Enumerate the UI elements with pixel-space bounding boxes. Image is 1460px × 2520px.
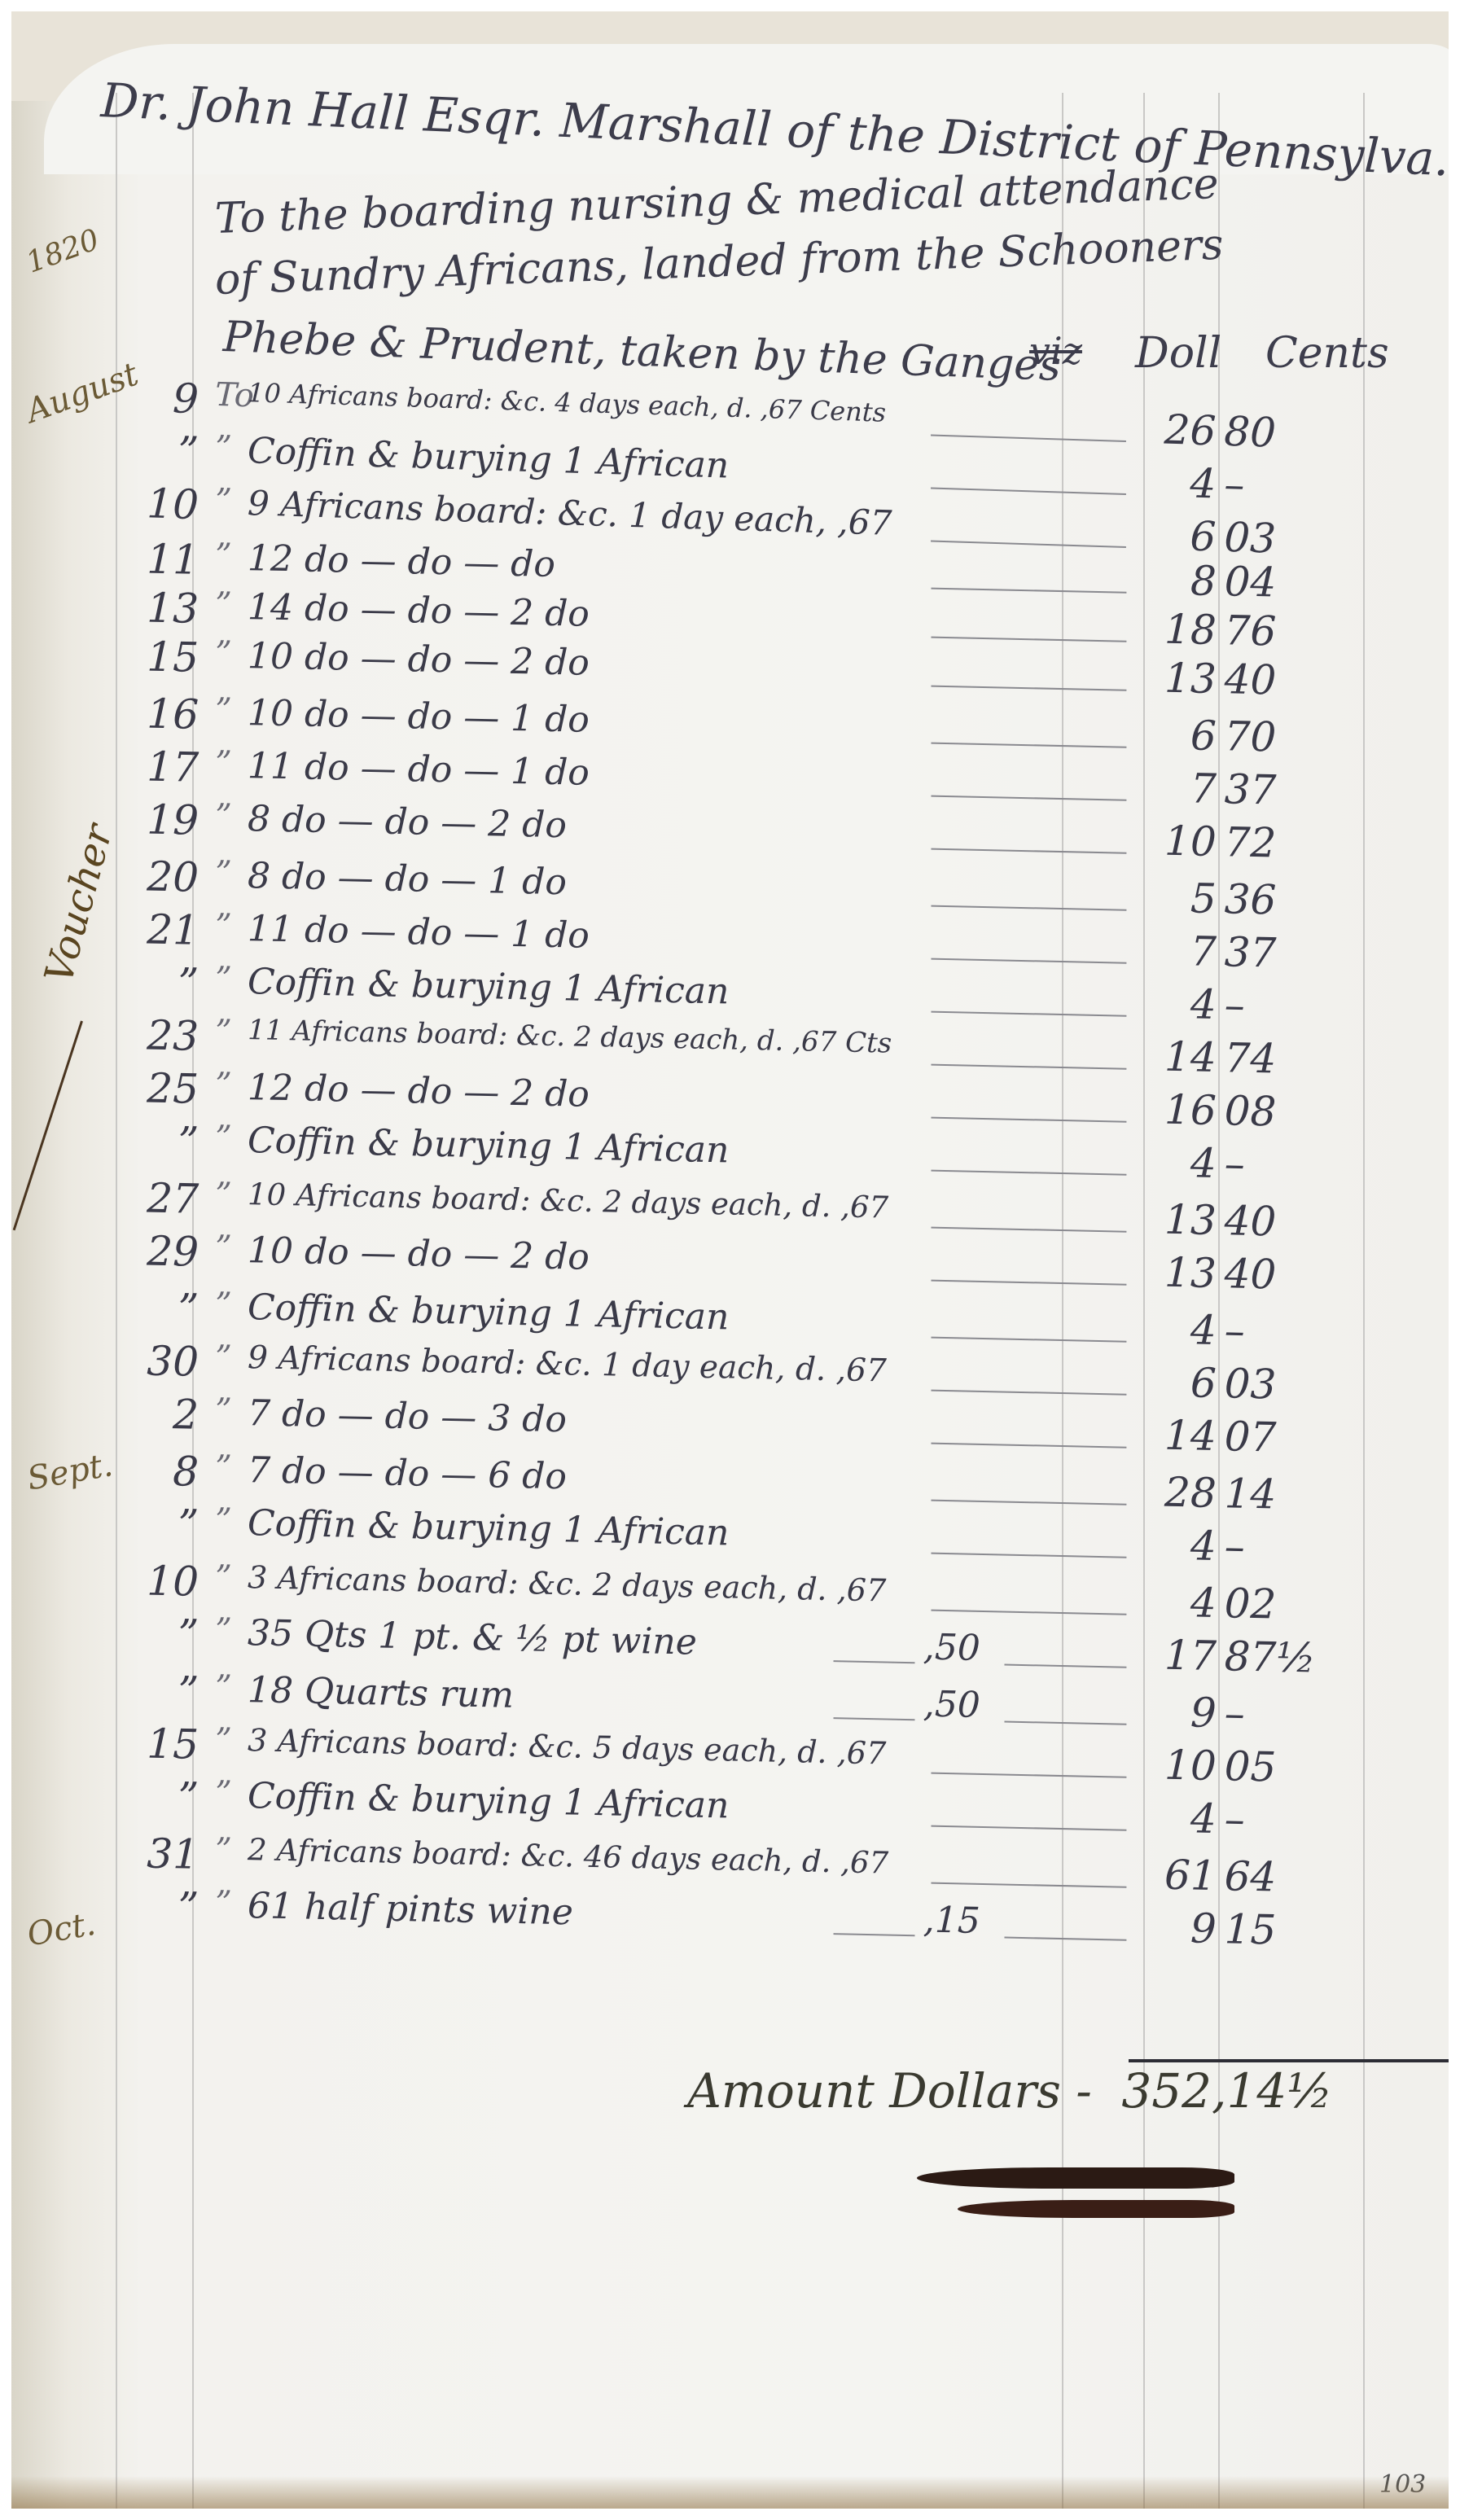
entry-dollars: 13 <box>1142 1195 1217 1244</box>
entry-cents: 14 <box>1224 1470 1314 1519</box>
entry-dollars: 28 <box>1142 1468 1217 1517</box>
entry-leader-line <box>931 1064 1126 1070</box>
entry-leader-line <box>931 1280 1126 1286</box>
entry-description: 14 do — do — 2 do <box>248 586 590 635</box>
entry-description: 10 Africans board: &c. 2 days each, d. ,… <box>248 1177 889 1225</box>
entry-description: 2 Africans board: &c. 46 days each, d. ,… <box>248 1832 889 1880</box>
entry-cents: 40 <box>1224 1250 1314 1299</box>
entry-cents: 74 <box>1224 1034 1314 1083</box>
entry-ditto-mark: ” <box>215 1229 232 1266</box>
entry-description: 18 Quarts rum <box>248 1669 515 1716</box>
entry-date: 29 <box>133 1227 199 1276</box>
entry-cents: 87½ <box>1224 1633 1314 1681</box>
entry-leader-line <box>931 1825 1126 1831</box>
entry-leader-line <box>931 637 1126 642</box>
entry-ditto-mark: ” <box>215 1339 232 1376</box>
entry-date: ” <box>133 1284 199 1333</box>
entry-description: 7 do — do — 3 do <box>248 1392 568 1440</box>
entry-description: 10 do — do — 1 do <box>248 692 590 741</box>
entry-description: Coffin & burying 1 African <box>248 1286 730 1338</box>
entry-cents: 40 <box>1224 655 1314 704</box>
entry-dollars: 10 <box>1142 817 1217 866</box>
entry-dollars: 4 <box>1142 980 1217 1028</box>
entry-dollars: 4 <box>1142 1794 1217 1843</box>
entry-dollars: 4 <box>1142 1578 1217 1627</box>
ledger-page: Dr. John Hall Esqr. Marshall of the Dist… <box>11 11 1449 2509</box>
entry-date: 27 <box>133 1174 199 1223</box>
entry-date: 9 <box>133 374 199 423</box>
entry-dollars: 17 <box>1142 1631 1217 1680</box>
entry-date: 30 <box>133 1337 199 1386</box>
entry-ditto-mark: ” <box>214 429 232 467</box>
entry-ditto-mark: ” <box>215 1286 232 1323</box>
entry-cents: – <box>1224 981 1314 1030</box>
entry-dollars: 10 <box>1142 1741 1217 1790</box>
entry-description: 12 do — do — do <box>248 537 556 585</box>
entry-cents: 37 <box>1224 928 1314 977</box>
entry-leader-line <box>833 1933 914 1936</box>
entry-leader-line <box>931 1170 1126 1176</box>
entry-ditto-mark: ” <box>215 907 232 944</box>
entry-leader-line <box>931 1500 1126 1505</box>
entry-cents: – <box>1224 1140 1314 1189</box>
entry-leader-line <box>931 848 1126 854</box>
entry-dollars: 13 <box>1142 1248 1217 1297</box>
entry-description: 8 do — do — 2 do <box>248 798 568 846</box>
entry-date: ” <box>133 1500 199 1549</box>
entry-cents: 70 <box>1224 712 1314 761</box>
entry-ditto-mark: ” <box>215 1721 232 1759</box>
entry-ditto-mark: ” <box>215 744 232 782</box>
entry-description: 7 do — do — 6 do <box>248 1449 568 1497</box>
entry-dollars: 9 <box>1142 1688 1217 1737</box>
entry-cents: 37 <box>1224 765 1314 814</box>
entry-leader-line <box>931 1011 1126 1017</box>
entry-cents: – <box>1224 1523 1314 1571</box>
entry-description: 3 Africans board: &c. 2 days each, d. ,6… <box>248 1559 887 1608</box>
entry-date: ” <box>133 1610 199 1659</box>
entry-cents: 80 <box>1223 408 1314 458</box>
entry-leader-line <box>931 795 1126 801</box>
entry-cents: 15 <box>1224 1905 1314 1954</box>
margin-year-label: 1820 <box>22 223 103 280</box>
entry-date: 8 <box>133 1447 199 1496</box>
entry-cents: 08 <box>1224 1087 1314 1136</box>
entry-ditto-mark: ” <box>215 1558 232 1596</box>
entry-ditto-mark: ” <box>215 960 232 997</box>
entry-leader-line <box>1004 1937 1126 1941</box>
entry-rate: ,15 <box>923 1899 980 1941</box>
entry-dollars: 13 <box>1142 654 1217 703</box>
entry-dollars: 7 <box>1142 764 1217 813</box>
entry-cents: 64 <box>1224 1852 1314 1901</box>
entry-ditto-mark: ” <box>215 1668 232 1706</box>
entry-ditto-mark: ” <box>215 537 232 574</box>
entry-date: ” <box>133 427 199 476</box>
entry-dollars: 9 <box>1142 1904 1217 1952</box>
page-bottom-edge <box>11 2476 1449 2509</box>
entry-dollars: 18 <box>1142 605 1217 654</box>
entry-leader-line <box>931 1337 1126 1343</box>
entry-description: 12 do — do — 2 do <box>248 1067 590 1115</box>
entry-leader-line <box>931 487 1126 495</box>
entry-date: 10 <box>133 1557 199 1606</box>
entry-dollars: 14 <box>1142 1032 1217 1081</box>
entry-ditto-mark: ” <box>215 585 232 623</box>
entry-leader-line <box>931 1443 1126 1448</box>
entry-ditto-mark: ” <box>215 1176 232 1213</box>
entry-cents: 07 <box>1224 1413 1314 1462</box>
entry-leader-line <box>931 1553 1126 1558</box>
entry-ditto-mark: ” <box>215 1611 232 1649</box>
entry-dollars: 6 <box>1142 711 1217 760</box>
entry-leader-line <box>931 743 1126 748</box>
closing-ink-stroke <box>958 2200 1234 2218</box>
entry-ditto-mark: ” <box>215 1501 232 1539</box>
entry-date: 13 <box>133 584 199 633</box>
entry-dollars: 26 <box>1142 405 1217 455</box>
column-header-dollars: Doll <box>1135 329 1221 378</box>
entry-ditto-mark: ” <box>215 1119 232 1156</box>
entry-dollars: 14 <box>1142 1411 1217 1460</box>
entry-dollars: 7 <box>1142 927 1217 975</box>
entry-ditto-mark: ” <box>215 1066 232 1103</box>
entry-date: 23 <box>133 1011 199 1060</box>
entry-leader-line <box>931 905 1126 911</box>
entry-cents: 36 <box>1224 875 1314 924</box>
entry-leader-line <box>833 1660 914 1663</box>
entry-dollars: 61 <box>1142 1851 1217 1900</box>
entry-date: 15 <box>133 633 199 681</box>
entry-ditto-mark: ” <box>215 1774 232 1812</box>
entry-ditto-mark: ” <box>215 797 232 835</box>
entry-cents: 03 <box>1224 1360 1314 1409</box>
entry-cents: 72 <box>1224 818 1314 867</box>
total-rule <box>1129 2059 1449 2062</box>
entry-date: 2 <box>133 1390 199 1439</box>
entry-dollars: 4 <box>1142 1305 1217 1354</box>
entry-date: 15 <box>133 1720 199 1768</box>
entry-dollars: 16 <box>1142 1085 1217 1134</box>
entry-description: 11 do — do — 1 do <box>248 908 590 957</box>
entry-dollars: 6 <box>1142 511 1217 561</box>
entry-ditto-mark: ” <box>215 1831 232 1869</box>
column-header-cents: Cents <box>1265 329 1389 378</box>
entry-rate: ,50 <box>923 1683 980 1725</box>
entry-dollars: 4 <box>1142 458 1217 508</box>
entry-cents: – <box>1223 461 1314 511</box>
entry-dollars: 4 <box>1142 1521 1217 1570</box>
entry-cents: 04 <box>1224 558 1314 607</box>
header-line-4: Phebe & Prudent, taken by the Ganges <box>222 313 1062 391</box>
entry-date: 20 <box>133 852 199 901</box>
entry-leader-line <box>1004 1664 1126 1668</box>
entry-leader-line <box>931 540 1126 548</box>
entry-ditto-mark: ” <box>215 854 232 892</box>
entry-dollars: 4 <box>1142 1138 1217 1187</box>
entry-description: 10 do — do — 2 do <box>248 635 590 684</box>
entry-rate: ,50 <box>923 1626 980 1668</box>
entry-description: 35 Qts 1 pt. & ½ pt wine <box>248 1612 698 1663</box>
entry-date: 31 <box>133 1830 199 1878</box>
entry-ditto-mark: ” <box>215 634 232 672</box>
entry-cents: 76 <box>1224 607 1314 655</box>
entry-leader-line <box>1004 1721 1126 1725</box>
entry-cents: 05 <box>1224 1742 1314 1791</box>
entry-leader-line <box>931 1117 1126 1123</box>
entry-description: 8 do — do — 1 do <box>248 855 568 903</box>
entry-date: ” <box>133 1667 199 1716</box>
entry-date: 16 <box>133 690 199 738</box>
entry-leader-line <box>931 1610 1126 1615</box>
closing-ink-stroke <box>917 2167 1234 2189</box>
total-label: Amount Dollars - <box>687 2063 1092 2119</box>
entry-leader-line <box>931 686 1126 691</box>
entry-cents: 02 <box>1224 1580 1314 1628</box>
entry-date: 25 <box>133 1064 199 1113</box>
entry-ditto-mark: ” <box>215 1391 232 1429</box>
total-line: Amount Dollars - 352,14½ <box>687 2063 1333 2119</box>
entry-cents: 40 <box>1224 1197 1314 1246</box>
entry-date: ” <box>133 958 199 1007</box>
entry-dollars: 5 <box>1142 874 1217 923</box>
entry-leader-line <box>931 1390 1126 1396</box>
entry-description: 10 do — do — 2 do <box>248 1229 590 1278</box>
entry-ditto-mark: ” <box>215 1013 232 1050</box>
entry-date: ” <box>133 1773 199 1821</box>
entry-date: 21 <box>133 905 199 954</box>
entry-date: ” <box>133 1882 199 1931</box>
entry-date: 17 <box>133 743 199 791</box>
entry-ditto-mark: ” <box>215 1448 232 1486</box>
entry-cents: – <box>1224 1795 1314 1844</box>
entry-leader-line <box>931 1227 1126 1233</box>
entry-leader-line <box>833 1717 914 1720</box>
entry-cents: – <box>1224 1689 1314 1738</box>
entry-description: 61 half pints wine <box>248 1885 574 1933</box>
entry-leader-line <box>931 434 1126 442</box>
entry-leader-line <box>931 958 1126 964</box>
entry-leader-line <box>931 588 1126 594</box>
entry-leader-line <box>931 1882 1126 1888</box>
entry-date: ” <box>133 1117 199 1166</box>
total-value: 352,14½ <box>1121 2063 1332 2119</box>
entry-cents: 03 <box>1223 514 1314 563</box>
entry-description: 11 do — do — 1 do <box>248 745 590 794</box>
entry-date: 10 <box>133 480 199 528</box>
entry-date: 19 <box>133 795 199 844</box>
entry-ditto-mark: ” <box>215 691 232 729</box>
entry-description: 10 Africans board: &c. 4 days each, d. ,… <box>248 377 887 428</box>
entry-ditto-mark: ” <box>215 1884 232 1922</box>
entry-leader-line <box>931 1773 1126 1778</box>
entry-ditto-mark: ” <box>214 482 232 520</box>
entry-cents: – <box>1224 1307 1314 1356</box>
struck-word: viz <box>1029 329 1082 373</box>
entry-dollars: 6 <box>1142 1358 1217 1407</box>
entry-dollars: 8 <box>1142 556 1217 605</box>
entry-date: 11 <box>133 535 199 584</box>
